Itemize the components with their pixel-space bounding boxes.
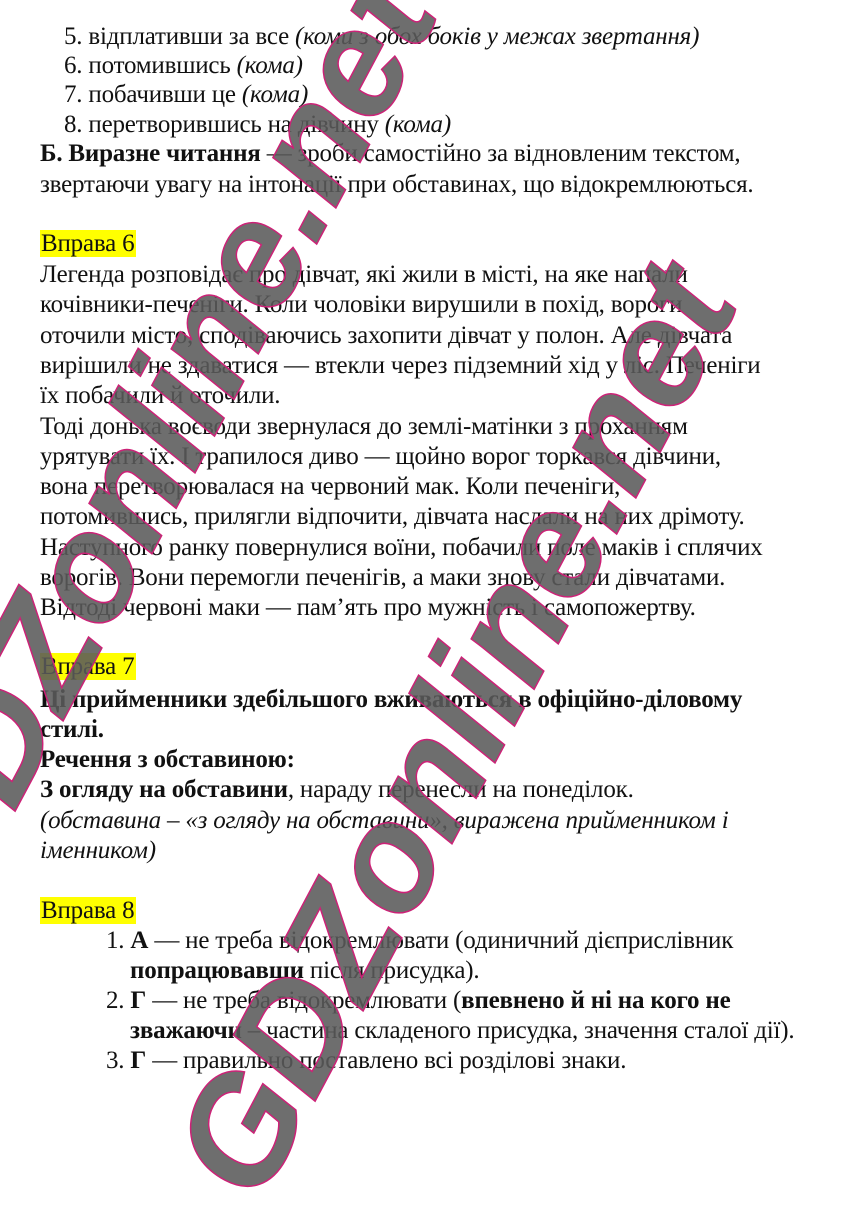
paragraph-line: їх побачили й оточили. — [40, 381, 280, 411]
paragraph-line: Відтоді червоні маки — пам’ять про мужні… — [40, 593, 696, 623]
list-item-cont: зважаючи – частина складеного присудка, … — [130, 1016, 794, 1046]
paragraph-line: Легенда розповідає про дівчат, які жили … — [40, 260, 688, 290]
paragraph-line: урятувати їх. І трапилося диво — щойно в… — [40, 442, 721, 472]
section-b-line: Б. Виразне читання — зроби самостійно за… — [40, 139, 740, 169]
list-item: 6. потомившись (кома) — [64, 51, 303, 81]
list-item: 2. Г — не треба відокремлювати (впевнено… — [106, 986, 730, 1016]
paragraph-line: вирішили не здаватися — втекли через під… — [40, 351, 760, 381]
list-item: 8. перетворившись на дівчину (кома) — [64, 110, 451, 140]
list-item: 3. Г — правильно поставлено всі розділов… — [106, 1046, 626, 1076]
exercise-6-heading: Вправа 6 — [40, 229, 136, 259]
exercise-7-bold: стилі. — [40, 715, 104, 745]
paragraph-line: кочівники-печеніги. Коли чоловіки вируши… — [40, 290, 682, 320]
exercise-7-note: іменником) — [40, 836, 156, 866]
paragraph-line: вона перетворювалася на червоний мак. Ко… — [40, 472, 620, 502]
list-item: 7. побачивши це (кома) — [64, 80, 308, 110]
paragraph-line: потомившись, прилягли відпочити, дівчата… — [40, 502, 745, 532]
exercise-7-sentence: З огляду на обставини, нараду перенесли … — [40, 775, 634, 805]
exercise-8-heading: Вправа 8 — [40, 896, 136, 926]
paragraph-line: Наступного ранку повернулися воїни, поба… — [40, 533, 763, 563]
list-item: 1. А — не треба відокремлювати (одинични… — [106, 926, 733, 956]
exercise-7-heading: Вправа 7 — [40, 652, 136, 682]
paragraph-line: ворогів. Вони перемогли печенігів, а мак… — [40, 563, 725, 593]
paragraph-line: Тоді донька воєводи звернулася до землі-… — [40, 412, 688, 442]
exercise-7-note: (обставина – «з огляду на обставини», ви… — [40, 806, 728, 836]
exercise-7-bold: Ці прийменники здебільшого вживаються в … — [40, 685, 742, 715]
section-b-line: звертаючи увагу на інтонації при обстави… — [40, 170, 753, 200]
exercise-7-subhead: Речення з обставиною: — [40, 745, 295, 775]
list-item: 5. відплативши за все (коми з обох боків… — [64, 22, 699, 52]
paragraph-line: оточили місто, сподіваючись захопити дів… — [40, 321, 732, 351]
list-item-cont: попрацювавши після присудка). — [130, 956, 479, 986]
